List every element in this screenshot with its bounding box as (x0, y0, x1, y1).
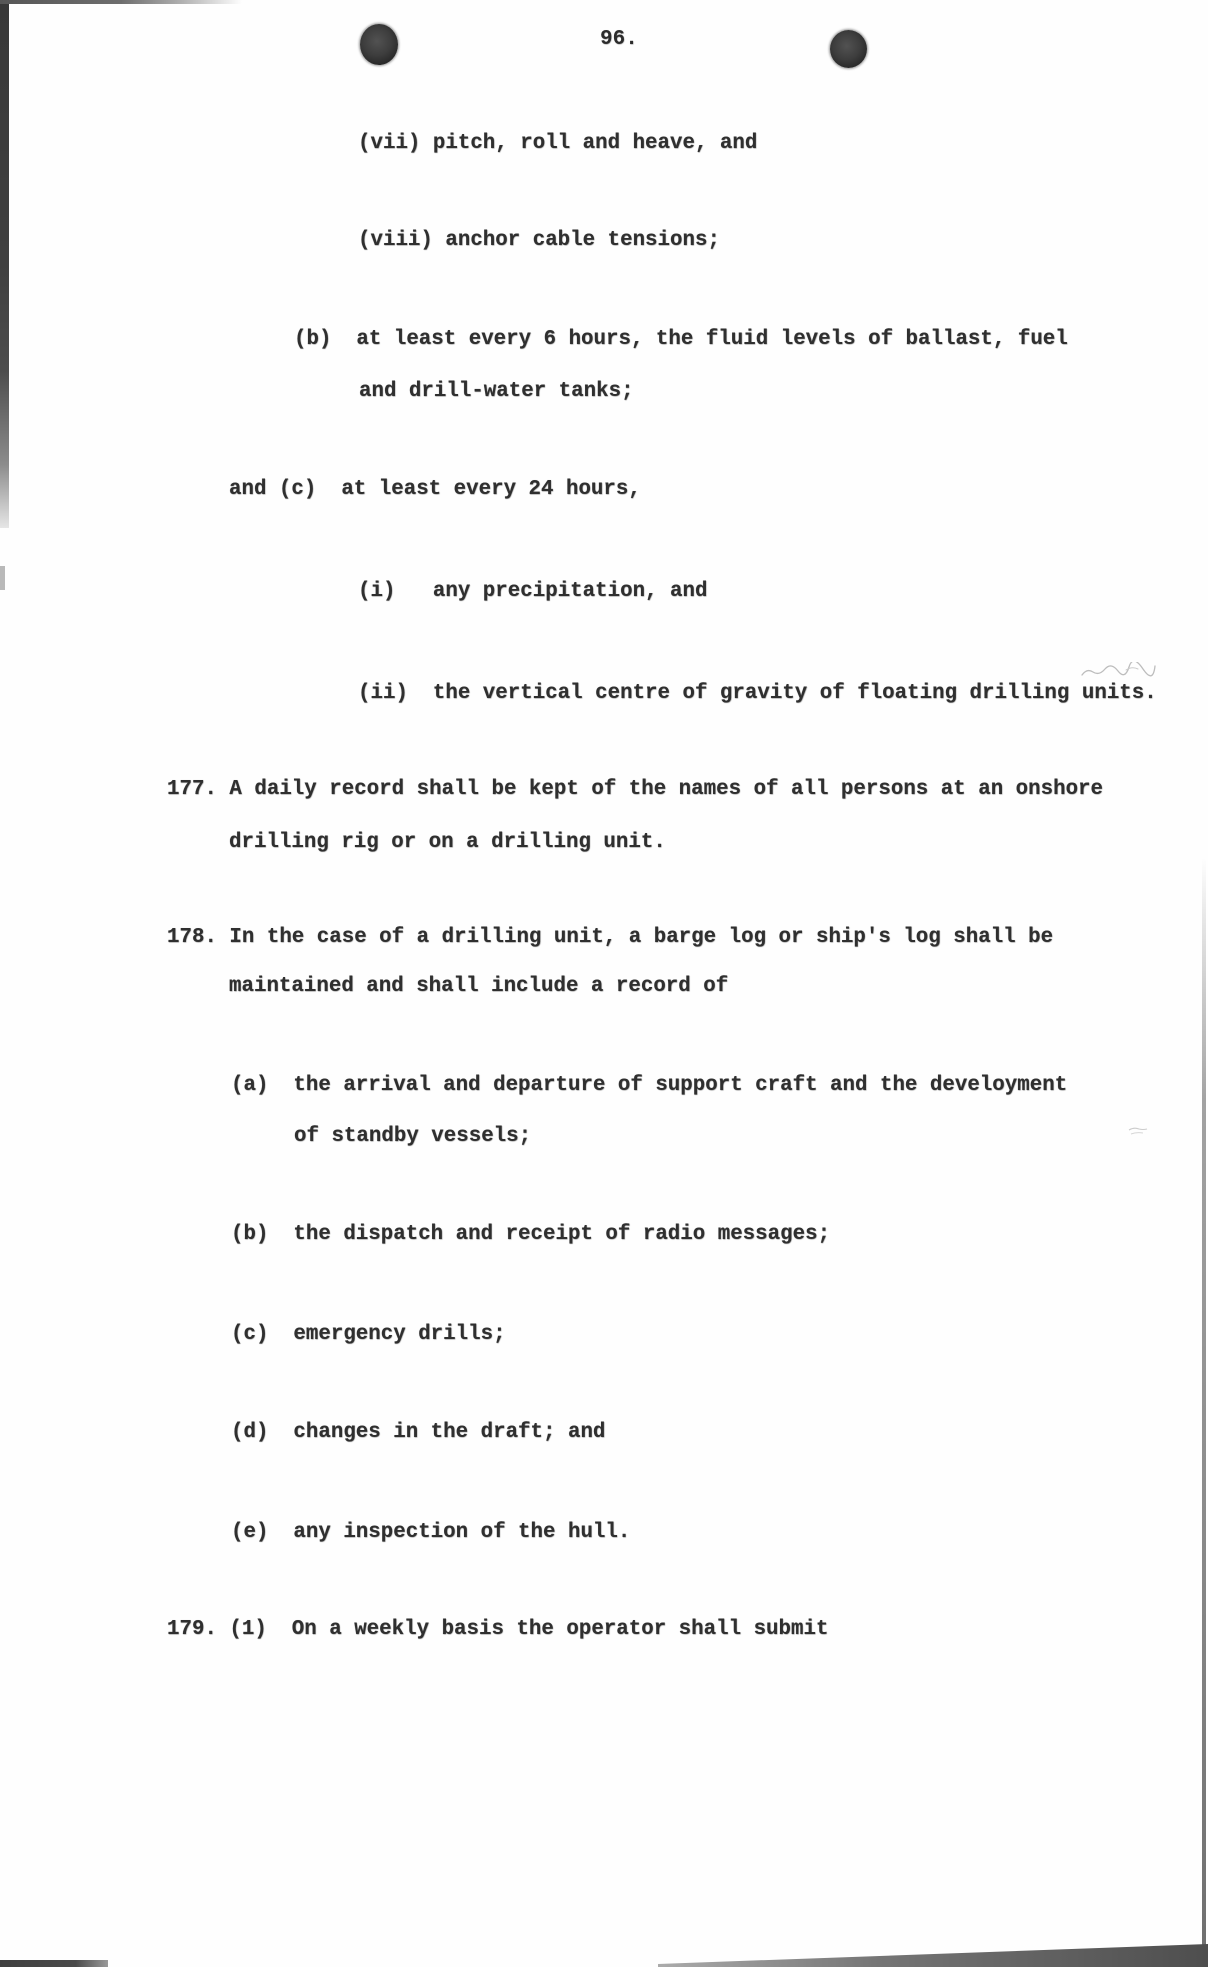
section-179: 179. (1) On a weekly basis the operator … (167, 1619, 828, 1641)
section-178-line-2: maintained and shall include a record of (229, 976, 728, 998)
subclause-i: (i) any precipitation, and (358, 581, 707, 603)
pencil-annotation-mark (1080, 662, 1164, 680)
punch-hole-right-icon (830, 30, 867, 68)
page-number: 96. (600, 28, 638, 51)
clause-c: and (c) at least every 24 hours, (229, 479, 641, 501)
clause-b-line-1: (b) at least every 6 hours, the fluid le… (294, 329, 1068, 351)
item-a-line-2: of standby vessels; (294, 1126, 531, 1148)
clause-b-line-2: and drill-water tanks; (359, 381, 634, 403)
punch-hole-left-icon (360, 24, 398, 65)
section-177-line-2: drilling rig or on a drilling unit. (229, 832, 666, 854)
scan-edge-top (0, 0, 242, 4)
item-d: (d) changes in the draft; and (231, 1422, 605, 1444)
section-178-line-1: 178. In the case of a drilling unit, a b… (167, 927, 1053, 949)
scan-edge-bottom-right (658, 1942, 1208, 1967)
item-e: (e) any inspection of the hull. (231, 1522, 630, 1544)
subclause-viii: (viii) anchor cable tensions; (358, 230, 720, 252)
item-a-line-1: (a) the arrival and departure of support… (231, 1075, 1067, 1097)
scanned-document-page: 96. (vii) pitch, roll and heave, and (vi… (0, 0, 1208, 1967)
item-b: (b) the dispatch and receipt of radio me… (231, 1224, 830, 1246)
scan-edge-left-mark (0, 566, 5, 590)
subclause-vii: (vii) pitch, roll and heave, and (358, 133, 757, 155)
scan-edge-bottom-left (0, 1960, 108, 1967)
section-177-line-1: 177. A daily record shall be kept of the… (167, 779, 1103, 801)
scan-edge-right (1202, 858, 1206, 1967)
item-c: (c) emergency drills; (231, 1324, 506, 1346)
scan-edge-left (0, 0, 9, 528)
subclause-ii: (ii) the vertical centre of gravity of f… (358, 683, 1157, 705)
smudge-mark (1128, 1126, 1148, 1136)
